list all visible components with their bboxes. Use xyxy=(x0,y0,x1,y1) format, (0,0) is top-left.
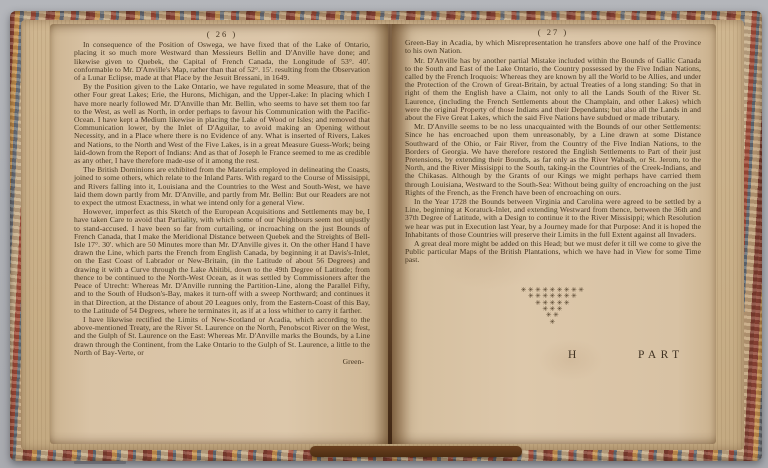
text-line: Mr. D'Anville has by another partial Mis… xyxy=(405,57,701,123)
text-line: Mr. D'Anville seems to be no less unacqu… xyxy=(405,123,701,197)
catchword-right: PART xyxy=(638,351,684,359)
text-line: A great deal more might be added on this… xyxy=(405,240,701,265)
page-right-paragraphs: Green-Bay in Acadia, by which Misreprese… xyxy=(405,39,701,264)
page-number-right: ( 27 ) xyxy=(405,28,701,36)
text-line: In consequence of the Position of Oswega… xyxy=(74,41,370,82)
text-line: By the Position given to the Lake Ontari… xyxy=(74,83,370,165)
page-left-text: ( 26 ) In consequence of the Position of… xyxy=(74,30,370,366)
page-left: ( 26 ) In consequence of the Position of… xyxy=(50,24,388,444)
book-scan-photo: ( 26 ) In consequence of the Position of… xyxy=(0,0,768,468)
scan-annotation-mark xyxy=(74,461,126,464)
printer-ornament: ✳✳✳✳✳✳✳✳✳✳✳✳✳✳✳✳✳✳✳✳✳✳✳✳✳✳✳ xyxy=(405,287,701,325)
spine-bottom-edge xyxy=(310,446,522,457)
book-gutter-shadow xyxy=(388,24,392,444)
text-line: However, imperfect as this Sketch of the… xyxy=(74,208,370,315)
page-right: ( 27 ) Green-Bay in Acadia, by which Mis… xyxy=(392,24,716,444)
page-right-text: ( 27 ) Green-Bay in Acadia, by which Mis… xyxy=(405,28,701,365)
signature-mark: H xyxy=(568,351,576,359)
page-left-paragraphs: In consequence of the Position of Oswega… xyxy=(74,41,370,357)
catchword-left: Green- xyxy=(74,358,370,366)
page-number-left: ( 26 ) xyxy=(74,30,370,38)
text-line: Green-Bay in Acadia, by which Misreprese… xyxy=(405,39,701,55)
text-line: I have likewise rectified the Limits of … xyxy=(74,316,370,357)
text-line: The British Dominions are exhibited from… xyxy=(74,166,370,207)
text-line: In the Year 1728 the Bounds between Virg… xyxy=(405,198,701,239)
signature-line: H PART xyxy=(405,351,701,365)
text-line: ✳ xyxy=(405,319,701,325)
